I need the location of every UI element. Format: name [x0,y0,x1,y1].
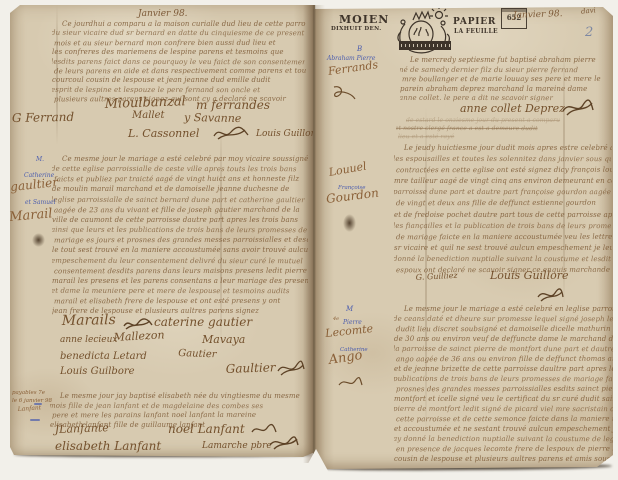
manuscript-line: lieu et a esté rayé [398,132,564,140]
manuscript-line: lesdits parens faict dans ce pourquoy le… [52,57,305,67]
margin-note-surname: Louuel [328,160,368,179]
manuscript-line: de ceans daté et dheure sur promesse leq… [394,314,613,324]
archival-check-mark [30,419,40,421]
manuscript-line: cousin de lespouse et plusieurs aultres … [394,454,614,464]
manuscript-line: cette parroisse et de cette semonce faic… [396,414,614,425]
manuscript-line: pere et mere les parains lanfant noel la… [52,411,308,421]
manuscript-line: les confreres des mariemens de lespine p… [52,48,306,57]
manuscript-line: les espousailles et toutes les solennite… [394,154,611,165]
signature: Marails [62,312,116,329]
signature: y Savanne [184,111,241,125]
manuscript-line: de 30 ans ou environ veuf de deffuncte d… [394,334,614,344]
margin-note-payment: payables 7e [12,390,45,396]
manuscript-line: sr vicaire et quil ne sest trouvé aulcun… [394,243,612,254]
manuscript-entry: Le jeudy huictiesme jour dudit mois apre… [394,143,612,277]
manuscript-line: ay donné la benediction nuptialle suivan… [394,434,613,444]
signature: anne lecieux [60,335,117,345]
manuscript-line: et de fredoise pochet dautre part tous d… [394,210,612,221]
signature: G Ferrand [12,110,74,125]
signature: Gaultier [226,360,276,376]
manuscript-line: courcoul cousin de lespouse et jean jean… [52,76,306,85]
manuscript-line: de leurs parens en aide et dans respecti… [54,67,306,77]
signature: Louis Guillore [490,269,569,282]
date-heading-right: Janvier 98. [513,9,563,21]
manuscript-line: de estard le onziesme jour du present a … [396,117,564,125]
margin-note-initial: M. [36,156,44,163]
signature: Mallet [132,110,165,121]
signature: anne collet Deprez [460,102,565,115]
manuscript-line: Le jeudy huictiesme jour dudit mois apre… [394,143,612,154]
manuscript-line: de vingt et deux ans fille de deffunct e… [396,198,612,210]
manuscript-line: donné la benediction nuptialle suivant l… [394,254,611,265]
manuscript-line: ville de caumont de cette parroisse daut… [52,215,308,225]
paraph-flourish [268,433,300,453]
heading-note: davi [581,6,597,16]
stamp-word-dixhuit-den: DIXHUIT DEN. [331,26,382,32]
paraph-flourish [535,285,565,305]
clerk-note: G. Guilliez [416,271,458,282]
paraph-flourish [331,83,357,101]
margin-note-surname: Gourdon [325,186,379,206]
left-page: Janvier 98. Ce jourdhui a comparu a la m… [10,5,315,457]
signature: caterine gautier [154,315,252,329]
stamp-banner-illegible [399,41,451,50]
margin-note-surname: Lanfant [18,404,42,413]
margin-note-surname: Ango [328,348,364,368]
manuscript-line: né de samedy dernier filz du sieur pierr… [400,65,609,75]
manuscript-line: Le mesme jour jay baptisé elisabeth née … [50,392,308,402]
manuscript-line: mre tailleur aagé de vingt cinq ans envi… [394,176,612,187]
struck-out-entry: de estard le onziesme jour du present a … [396,117,564,141]
manuscript-line: marail les presens et les parens consent… [52,276,308,286]
signature: Gautier [178,348,217,360]
signature: m ferrandes [196,98,270,112]
manuscript-line: Ce mesme jour le mariage a esté celebré … [52,154,308,164]
manuscript-line: et nostre clergé france a est a demeure … [396,125,563,133]
manuscript-entry: Le mesme jour le mariage a esté celebré … [394,304,614,464]
manuscript-line: montfort et icelle signé veu le certific… [394,394,614,404]
signature: Louis Guilbore [60,366,135,377]
margin-note-surname: Lecomte [325,322,374,340]
signature: Lamarche pbre [202,441,272,451]
manuscript-line: parein abraham deprez marchand la marein… [400,85,610,95]
manuscript-line: et accoustumée et ne sestant trouvé aulc… [394,424,614,434]
manuscript-line: mre boullanger et de marie louuay ses pe… [402,75,610,85]
manuscript-line: de mariage faicte en la maniere accoustu… [396,231,612,243]
manuscript-entry: Ce mesme jour le mariage a esté celebré … [52,154,308,317]
signature: JLanfante [55,421,109,436]
manuscript-line: et de jeanne brizette de cette parroisse… [394,364,614,374]
margin-note-linking: et Samuel [25,199,56,206]
manuscript-line: consentement desdits parens dans leurs m… [54,265,308,276]
signature: Louis Guillon [256,129,316,139]
signature: elisabeth Lanfant [55,439,161,453]
right-page: MOIEN DIXHUIT DEN. PAPIER LA FEUILLE 652… [313,7,613,469]
manuscript-line: ango aagée de 36 ans ou environ fille de… [396,354,614,365]
stamp-word-moien: MOIEN [339,13,389,26]
manuscript-line: les fiançailles et la publication de tro… [394,220,611,231]
page-number: 2 [585,25,593,40]
paraph-flourish [276,357,306,379]
manuscript-line: marail et elisabeth frere de lespouse et… [54,296,308,307]
ink-blot [32,233,45,247]
paraph-flourish [337,375,363,391]
manuscript-line: faicts et publiez par traicté aagé de vi… [54,174,308,185]
margin-note-initial: B [357,45,362,53]
manuscript-line: Le mesme jour le mariage a esté celebré … [394,304,614,314]
manuscript-entry: Ce jourdhui a comparu a la maison curial… [52,20,306,106]
margin-note-date: le 6 janvier 98 [12,398,52,404]
manuscript-line: dudit lieu discret soubsigné et damoisel… [396,324,614,335]
signature: Mallezon [113,328,164,344]
manuscript-line: empeschement du leur consentement delivr… [52,255,307,266]
manuscript-line: de moulin marail marchand et de damoisel… [52,184,308,194]
paraph-flourish [212,124,250,142]
paraph-flourish [561,97,595,119]
scanned-manuscript-photo: { "left_page": { "heading": "Janvier 98.… [0,0,618,480]
signature: Mavaya [202,333,245,346]
manuscript-line: la parroisse de sainct pierre de montfor… [394,344,613,354]
stamp-word-papier: PAPIER [453,17,496,27]
stamp-word-la-feuille: LA FEUILLE [454,28,498,35]
manuscript-line: du sieur vicaire dud sr bernard en datte… [52,29,305,39]
date-heading-left: Janvier 98. [138,9,188,19]
manuscript-line: aagée de 23 ans du vivant et fille de jo… [54,204,308,215]
signature: noel Lanfant [168,422,245,436]
manuscript-line: mariage es jours et prosnes des grandes … [54,235,308,246]
manuscript-line: leglise parroissialle de sainct bernard … [52,194,307,205]
manuscript-line: prosnes des grandes messes parroissialle… [396,384,614,395]
manuscript-line: en presence de jacques lecomte frere de … [396,444,614,455]
margin-note-small: 4e [333,316,339,322]
manuscript-line: publications de trois bans de leurs prom… [394,374,613,384]
manuscript-line: le tout sest trouvé en la maniere accous… [52,245,308,255]
manuscript-line: contractées en cette eglise ont esté sig… [396,165,612,177]
margin-note-initial: M [346,305,353,313]
archival-check-mark [34,403,42,405]
manuscript-line: mois et au sieur bernard mon confrere bi… [54,38,306,48]
manuscript-line: pierre de montfort ledit signé de picard… [394,404,613,414]
signature: L. Cassonnel [128,127,199,140]
margin-note-surname: Marail [9,206,53,225]
ink-blot [343,214,356,232]
signature: benedicta Letard [60,351,147,362]
